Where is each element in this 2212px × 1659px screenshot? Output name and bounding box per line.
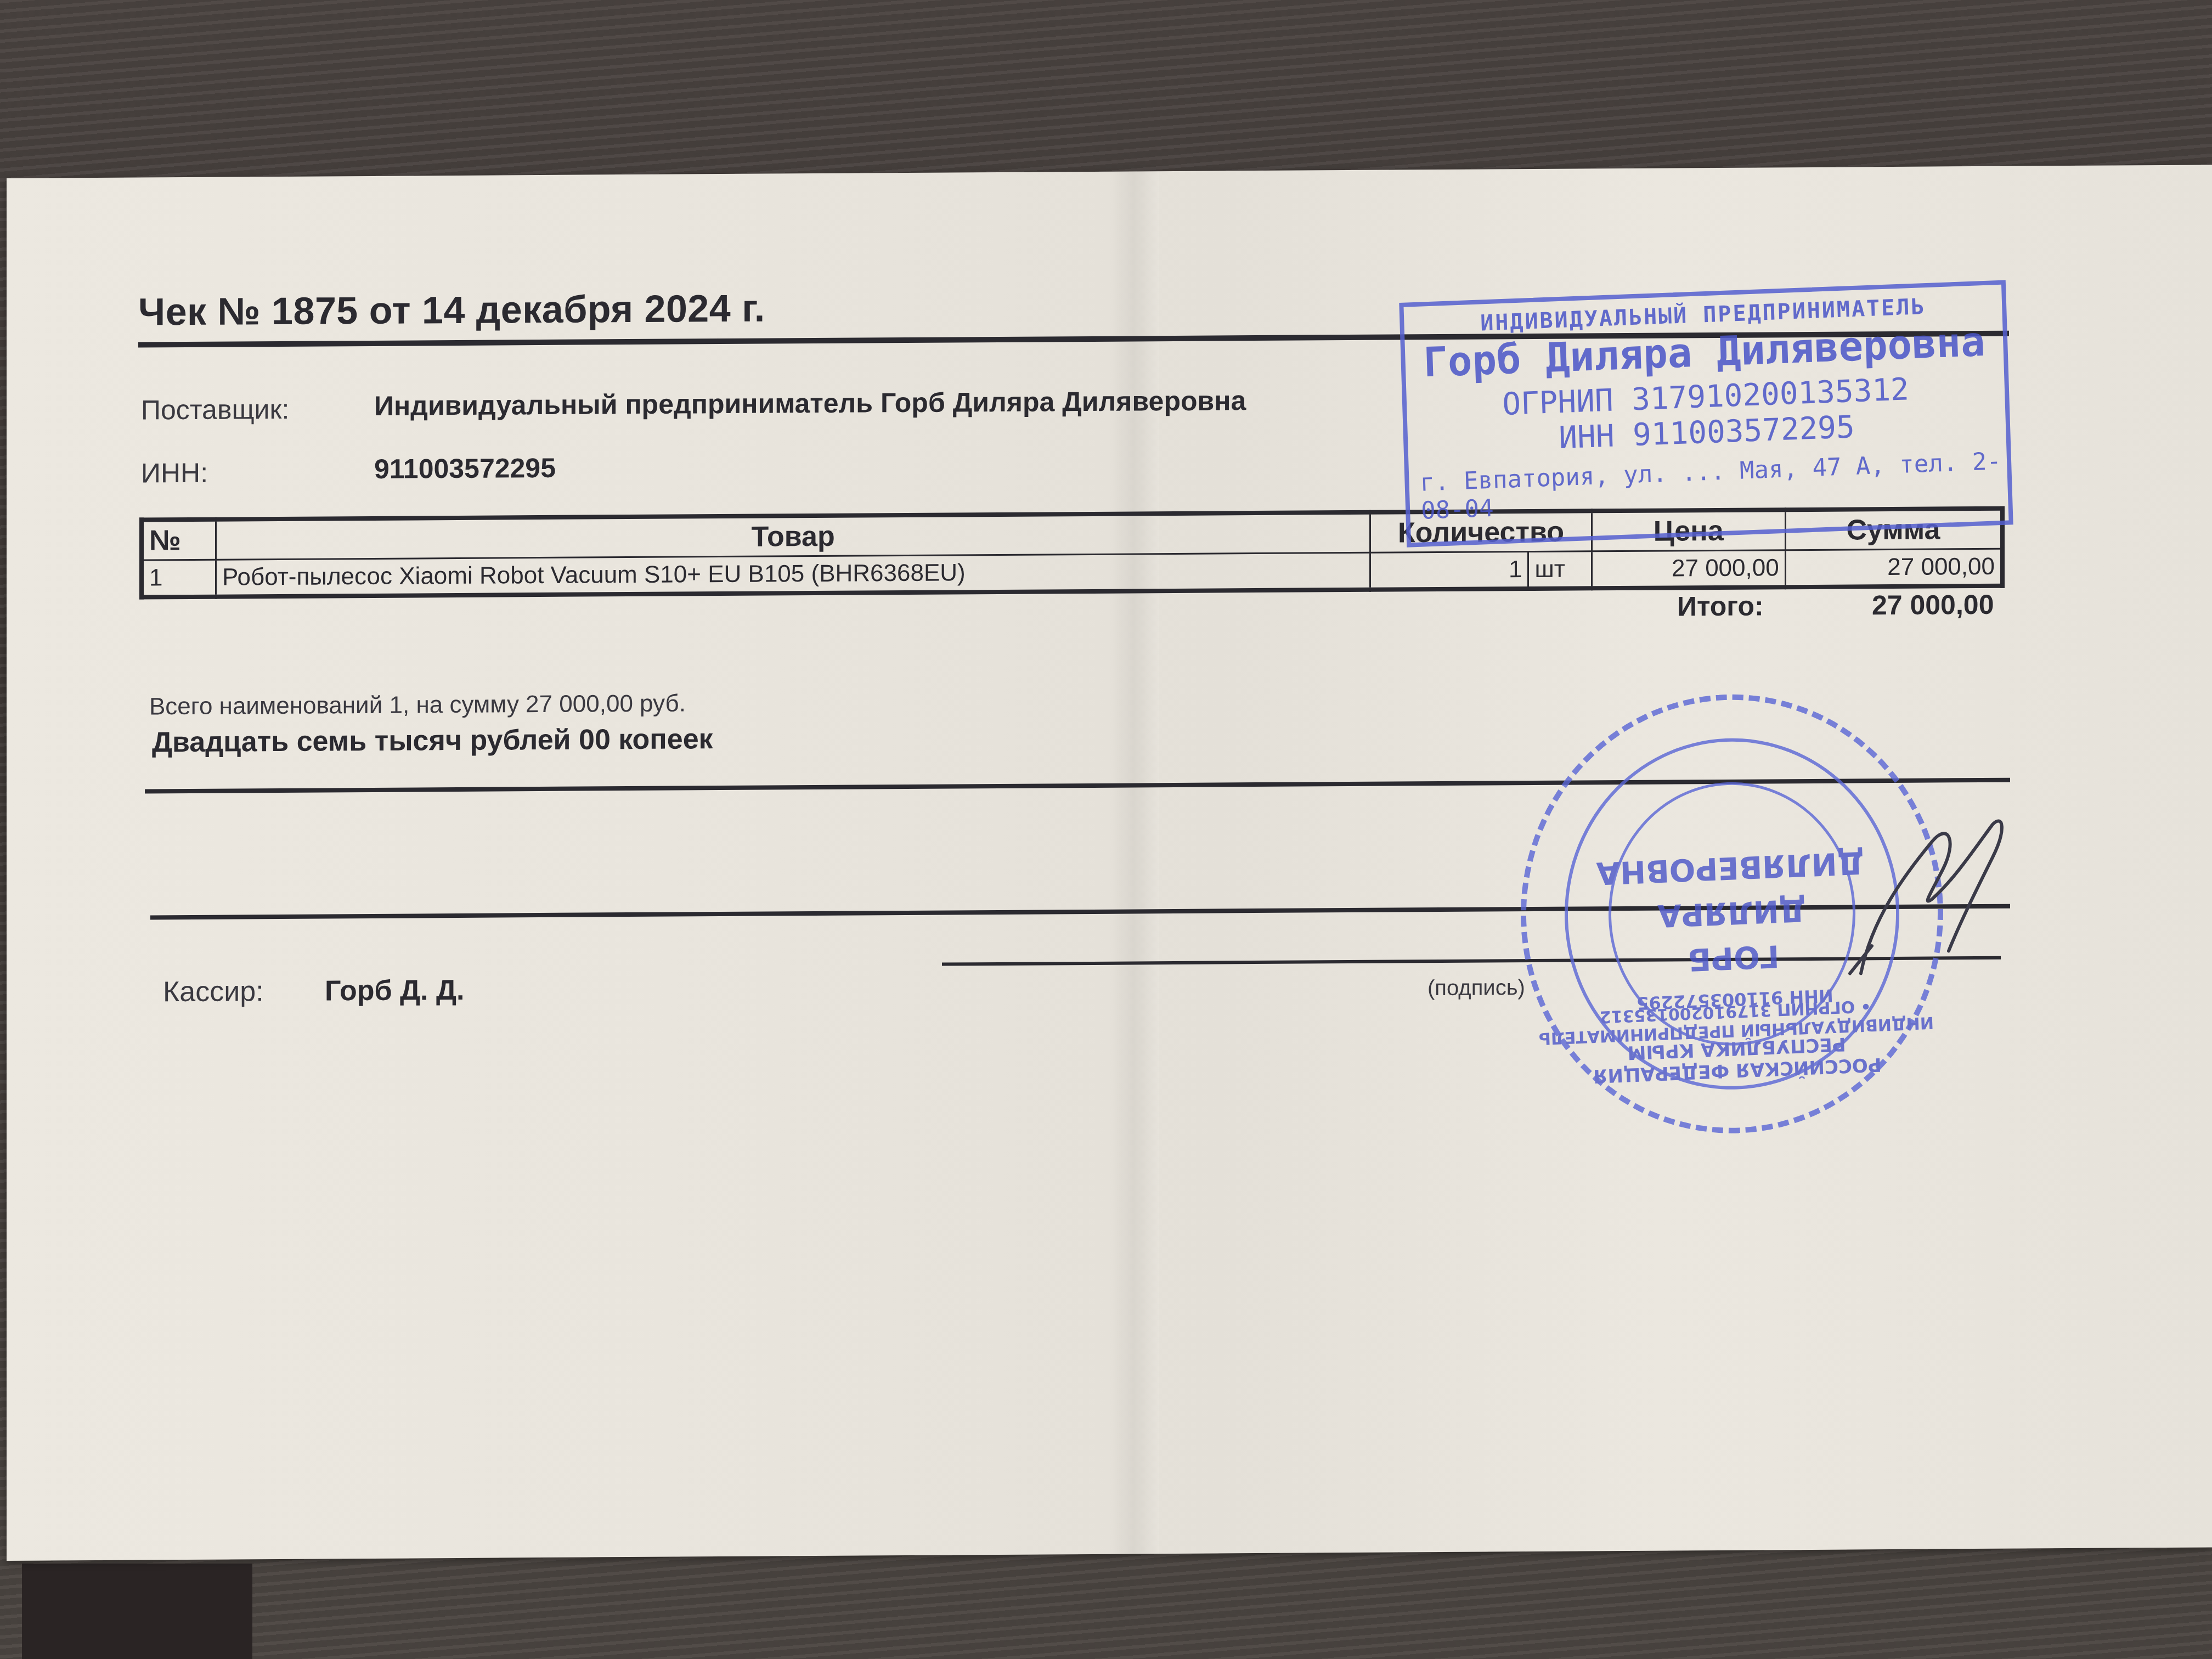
header-no: № [142,520,216,560]
signature-hint: (подпись) [1427,975,1525,1001]
dark-object-shadow [22,1564,252,1659]
receipt-paper: Чек № 1875 от 14 декабря 2024 г. Поставщ… [7,165,2212,1561]
total-value: 27 000,00 [1872,589,1994,621]
paper-fold [1109,171,1159,1554]
cell-unit: шт [1528,551,1592,589]
header-goods: Товар [216,512,1370,560]
cell-goods: Робот-пылесос Xiaomi Robot Vacuum S10+ E… [216,552,1370,596]
cell-sum: 27 000,00 [1785,549,2002,587]
cashier-label: Кассир: [163,975,264,1008]
rectangular-stamp: ИНДИВИДУАЛЬНЫЙ ПРЕДПРИНИМАТЕЛЬ Горб Диля… [1399,280,2013,547]
supplier-value: Индивидуальный предприниматель Горб Диля… [374,385,1246,422]
summary-line: Всего наименований 1, на сумму 27 000,00… [149,690,686,720]
inn-label: ИНН: [141,457,208,489]
handwritten-signature [1839,808,2020,985]
cashier-value: Горб Д. Д. [325,974,464,1008]
cell-price: 27 000,00 [1592,550,1785,589]
stamp-rect-line5: г. Евпатория, ул. ... Мая, 47 А, тел. 2-… [1409,447,2008,526]
cell-no: 1 [142,560,216,597]
total-label: Итого: [1677,590,1764,622]
inn-value: 911003572295 [374,452,556,485]
supplier-label: Поставщик: [141,393,289,426]
cell-qty: 1 [1370,552,1528,590]
receipt-title: Чек № 1875 от 14 декабря 2024 г. [138,286,765,334]
amount-in-words: Двадцать семь тысяч рублей 00 копеек [152,723,713,759]
